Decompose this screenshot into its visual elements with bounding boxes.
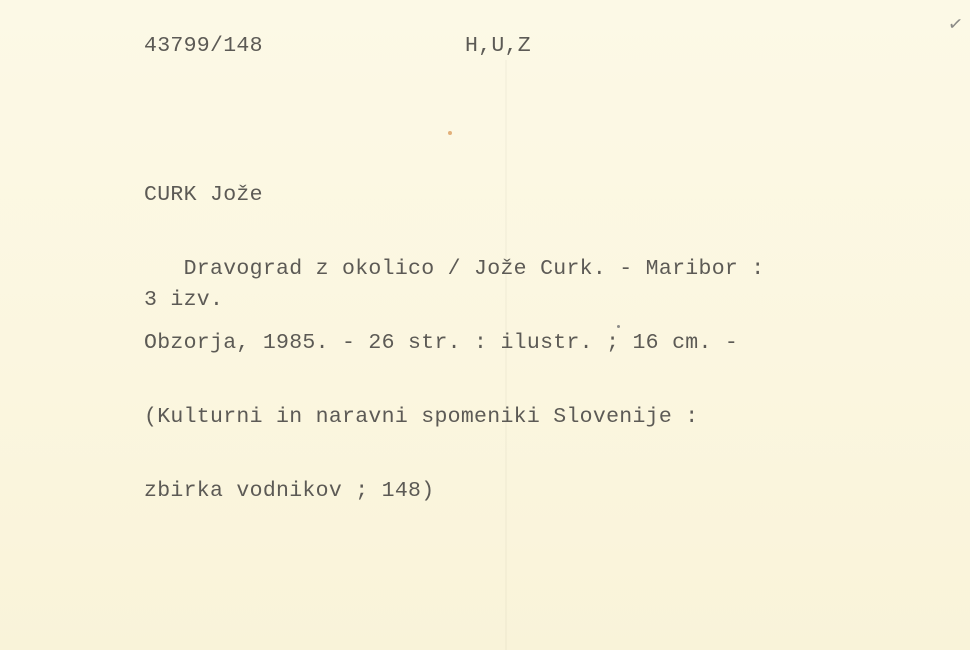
description-line: zbirka vodnikov ; 148) [144,478,765,504]
catalog-card: 43799/148 H,U,Z ✓ CURK Jože Dravograd z … [0,0,970,650]
check-mark-icon: ✓ [947,13,965,36]
author-heading: CURK Jože [144,182,765,208]
location-codes: H,U,Z [465,34,531,58]
description-line: (Kulturni in naravni spomeniki Slovenije… [144,404,765,430]
holdings-count: 3 izv. [144,288,223,312]
bibliographic-entry: CURK Jože Dravograd z okolico / Jože Cur… [144,134,765,552]
description-line: Obzorja, 1985. - 26 str. : ilustr. ; 16 … [144,330,765,356]
call-number: 43799/148 [144,34,263,58]
description-line: Dravograd z okolico / Jože Curk. - Marib… [144,256,765,282]
